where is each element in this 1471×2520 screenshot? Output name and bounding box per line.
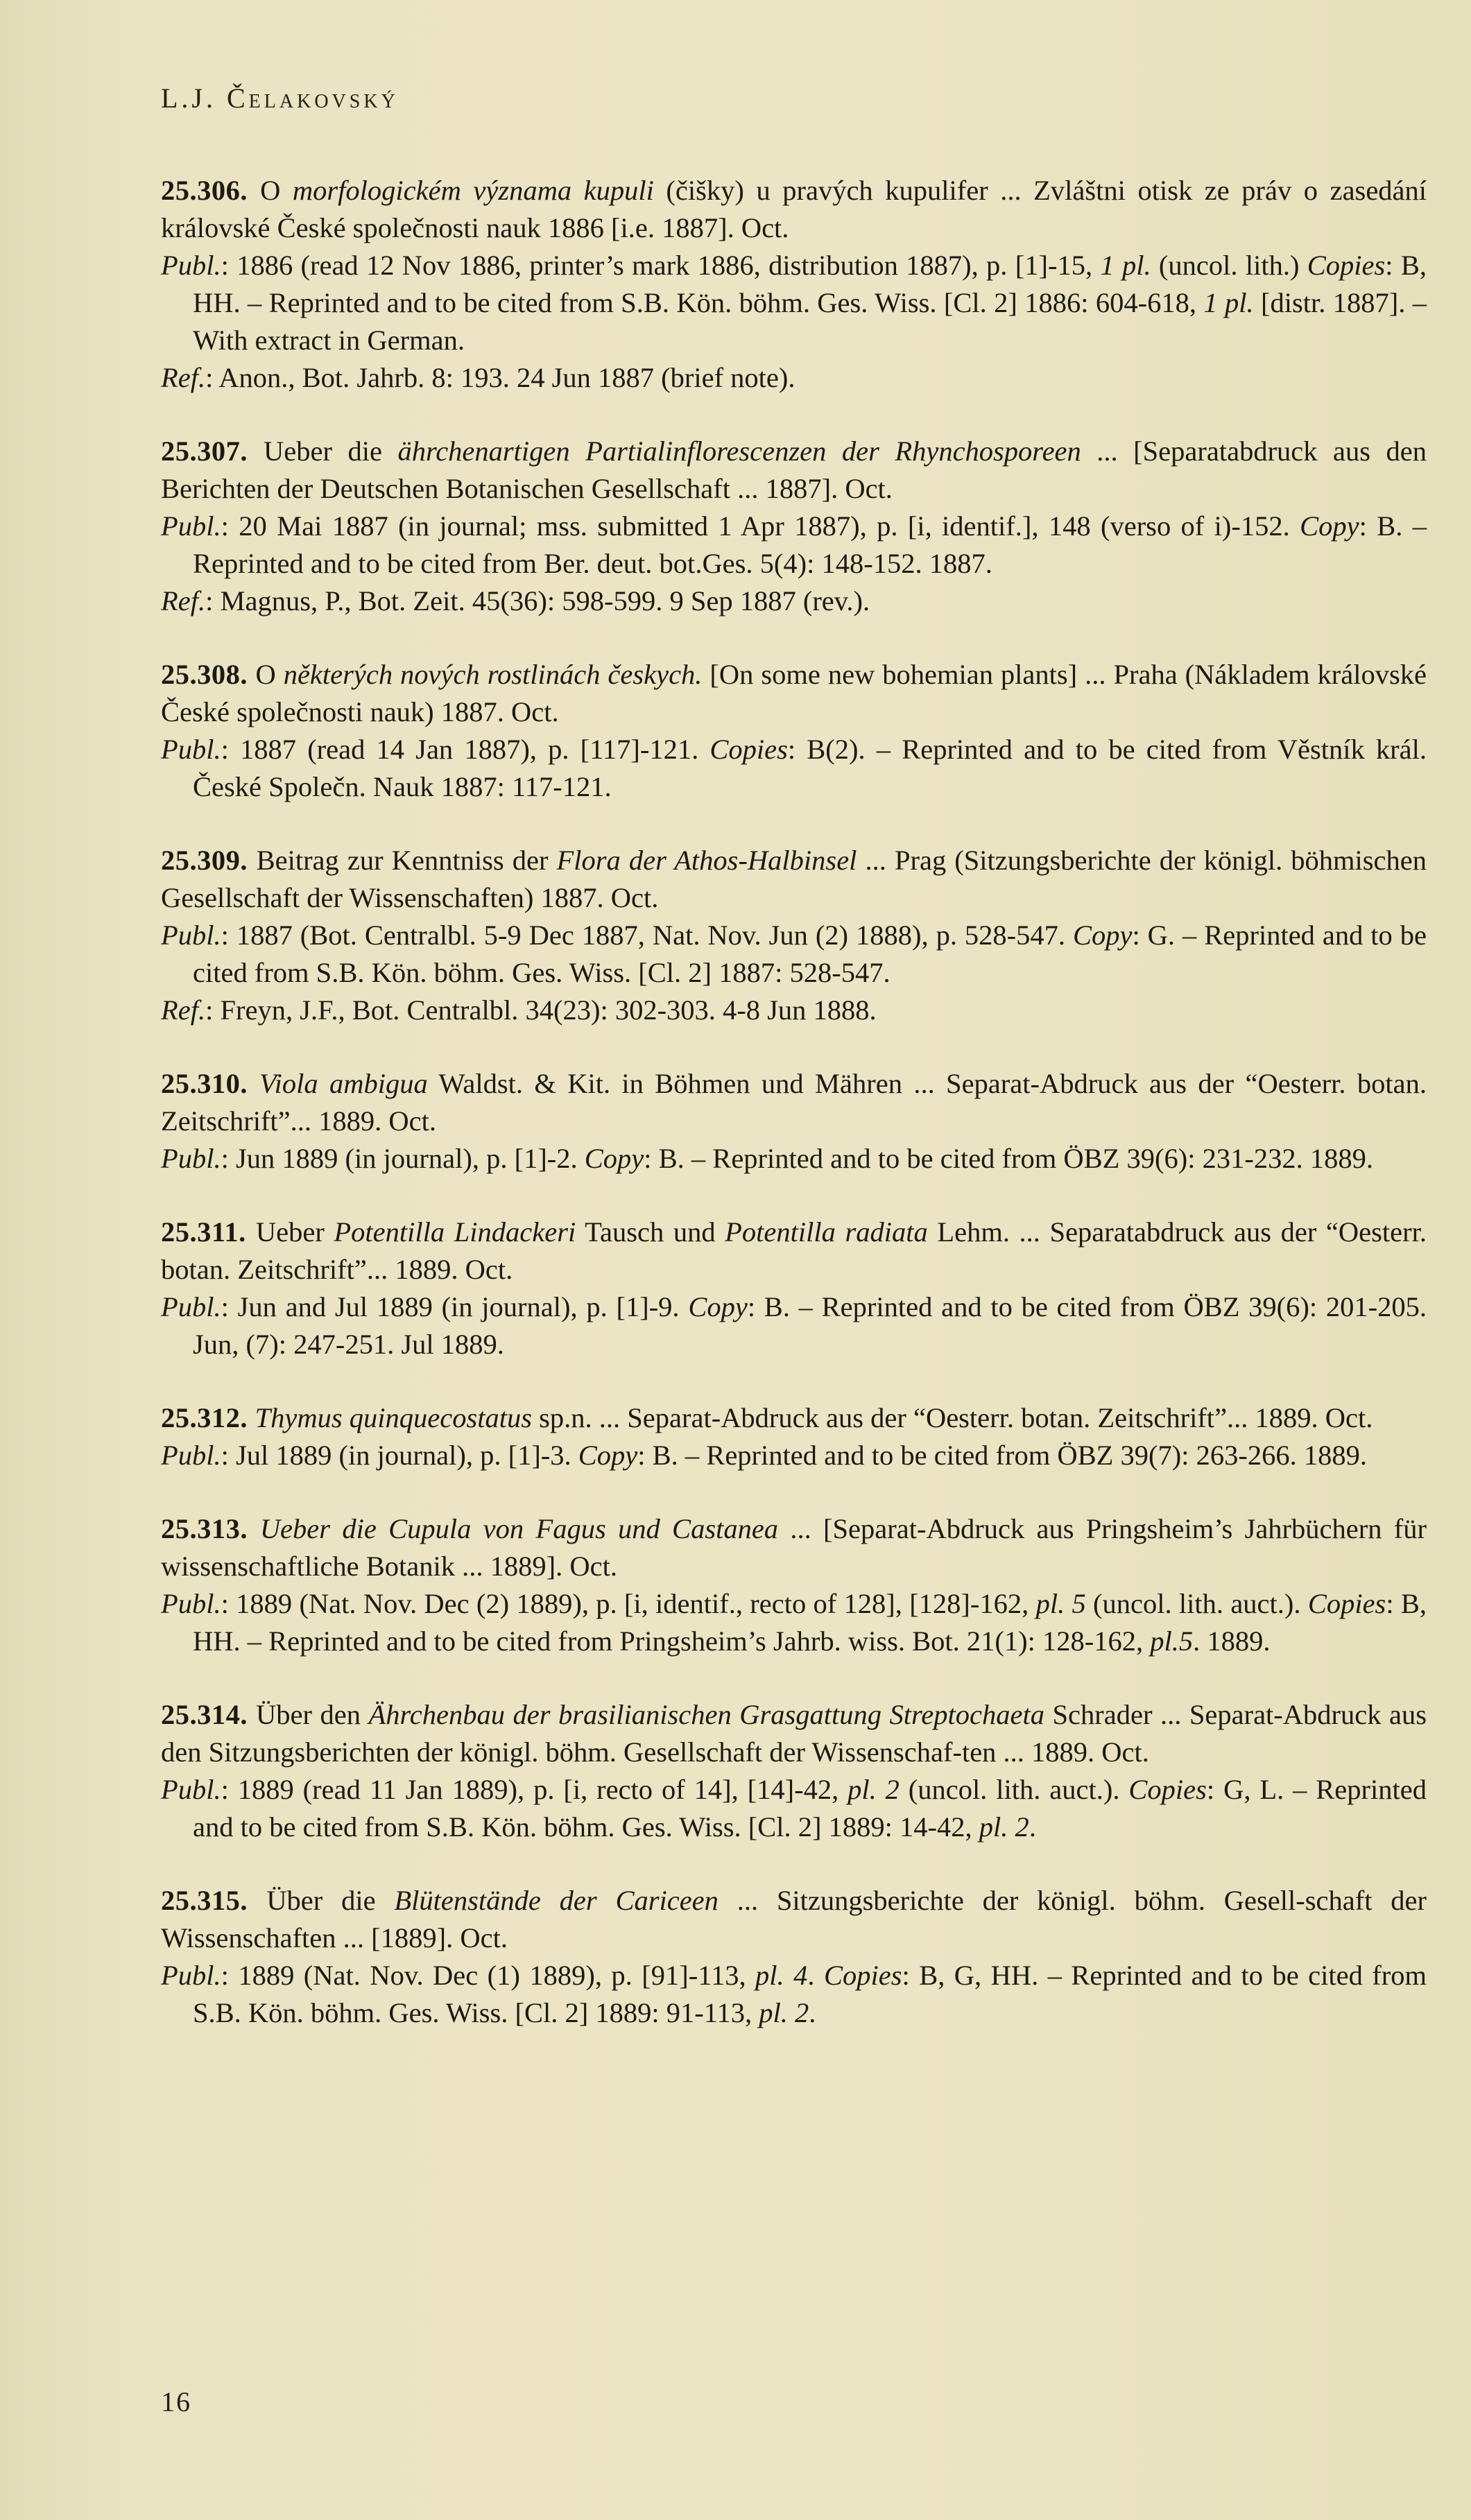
entry-field: Publ.: 1887 (Bot. Centralbl. 5-9 Dec 188… bbox=[161, 917, 1427, 992]
entry-field: Publ.: 1889 (Nat. Nov. Dec (1) 1889), p.… bbox=[161, 1957, 1427, 2032]
entry-field: Publ.: Jul 1889 (in journal), p. [1]-3. … bbox=[161, 1437, 1427, 1474]
entry-number: 25.308. bbox=[161, 659, 255, 690]
entry-title: 25.306. O morfologickém významа kupuli (… bbox=[161, 172, 1427, 247]
running-head: L.J. Čelakovský bbox=[161, 82, 399, 114]
entry-field: Ref.: Freyn, J.F., Bot. Centralbl. 34(23… bbox=[161, 992, 1427, 1029]
entry-number: 25.306. bbox=[161, 175, 260, 206]
entry-field: Publ.: 1887 (read 14 Jan 1887), p. [117]… bbox=[161, 731, 1427, 806]
entry-field: Publ.: 1886 (read 12 Nov 1886, printer’s… bbox=[161, 247, 1427, 359]
entry-title: 25.312. Thymus quinquecostatus sp.n. ...… bbox=[161, 1399, 1427, 1437]
bibliography-entry: 25.307. Ueber die ährchenartigen Partial… bbox=[161, 433, 1427, 620]
entry-number: 25.310. bbox=[161, 1068, 259, 1099]
entry-title: 25.314. Über den Ährchenbau der brasilia… bbox=[161, 1696, 1427, 1771]
entry-title: 25.308. O některých nových rostlinách če… bbox=[161, 656, 1427, 731]
bibliography-entry: 25.309. Beitrag zur Kenntniss der Flora … bbox=[161, 842, 1427, 1029]
entry-field: Ref.: Anon., Bot. Jahrb. 8: 193. 24 Jun … bbox=[161, 359, 1427, 397]
bibliography-entry: 25.313. Ueber die Cupula von Fagus und C… bbox=[161, 1510, 1427, 1660]
entry-number: 25.313. bbox=[161, 1513, 260, 1544]
entry-number: 25.307. bbox=[161, 435, 264, 467]
page-number: 16 bbox=[161, 2385, 191, 2418]
entry-title: 25.311. Ueber Potentilla Lindackeri Taus… bbox=[161, 1214, 1427, 1288]
entry-field: Publ.: 1889 (read 11 Jan 1889), p. [i, r… bbox=[161, 1771, 1427, 1846]
entry-number: 25.312. bbox=[161, 1402, 255, 1433]
entry-title: 25.307. Ueber die ährchenartigen Partial… bbox=[161, 433, 1427, 508]
entry-field: Publ.: Jun and Jul 1889 (in journal), p.… bbox=[161, 1288, 1427, 1363]
bibliography-entry: 25.314. Über den Ährchenbau der brasilia… bbox=[161, 1696, 1427, 1846]
entry-title: 25.313. Ueber die Cupula von Fagus und C… bbox=[161, 1510, 1427, 1585]
entry-number: 25.311. bbox=[161, 1216, 256, 1248]
bibliography-entry: 25.306. O morfologickém významа kupuli (… bbox=[161, 172, 1427, 397]
bibliography-entries: 25.306. O morfologickém významа kupuli (… bbox=[161, 172, 1427, 2068]
bibliography-entry: 25.308. O některých nových rostlinách če… bbox=[161, 656, 1427, 806]
bibliography-entry: 25.312. Thymus quinquecostatus sp.n. ...… bbox=[161, 1399, 1427, 1474]
entry-title: 25.310. Viola ambigua Waldst. & Kit. in … bbox=[161, 1065, 1427, 1140]
entry-number: 25.309. bbox=[161, 845, 257, 876]
entry-field: Publ.: 20 Mai 1887 (in journal; mss. sub… bbox=[161, 508, 1427, 582]
entry-field: Ref.: Magnus, P., Bot. Zeit. 45(36): 598… bbox=[161, 582, 1427, 620]
entry-title: 25.315. Über die Blütenstände der Carice… bbox=[161, 1882, 1427, 1957]
entry-field: Publ.: 1889 (Nat. Nov. Dec (2) 1889), p.… bbox=[161, 1585, 1427, 1660]
entry-number: 25.315. bbox=[161, 1885, 266, 1916]
bibliography-entry: 25.315. Über die Blütenstände der Carice… bbox=[161, 1882, 1427, 2032]
entry-number: 25.314. bbox=[161, 1699, 256, 1730]
entry-title: 25.309. Beitrag zur Kenntniss der Flora … bbox=[161, 842, 1427, 917]
bibliography-entry: 25.310. Viola ambigua Waldst. & Kit. in … bbox=[161, 1065, 1427, 1177]
bibliography-entry: 25.311. Ueber Potentilla Lindackeri Taus… bbox=[161, 1214, 1427, 1363]
entry-field: Publ.: Jun 1889 (in journal), p. [1]-2. … bbox=[161, 1140, 1427, 1177]
